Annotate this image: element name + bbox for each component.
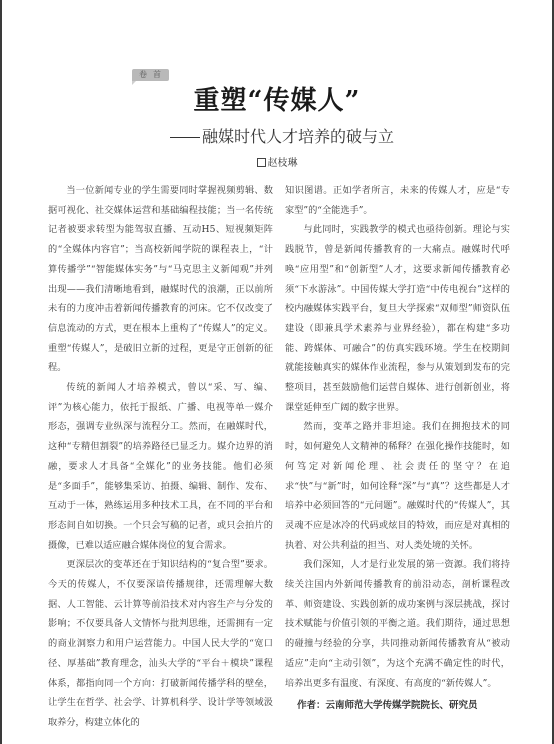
subtitle-text: 融媒时代人才培养的破与立	[202, 127, 394, 146]
paragraph: 当一位新闻专业的学生需要同时掌握视频剪辑、数据可视化、社交媒体运营和基础编程技能…	[48, 181, 273, 378]
paragraph: 然而，变革之路并非坦途。我们在拥抱技术的同时，如何避免人文精神的稀释？在强化操作…	[285, 417, 510, 555]
article-title: 重塑“传媒人”	[0, 84, 554, 118]
left-column: 当一位新闻专业的学生需要同时掌握视频剪辑、数据可视化、社交媒体运营和基础编程技能…	[48, 181, 273, 733]
author-line: 赵枝琳	[0, 157, 554, 171]
dash-icon	[170, 137, 200, 138]
paragraph: 我们深知，人才是行业发展的第一资源。我们将持续关注国内外新闻传播教育的前沿动态，…	[285, 555, 510, 693]
author-name: 赵枝琳	[268, 158, 298, 169]
paragraph: 与此同时，实践教学的模式也亟待创新。理论与实践脱节，曾是新闻传播教育的一大痛点。…	[285, 220, 510, 417]
right-column: 知识图谱。正如学者所言，未来的传媒人才，应是“专家型”的“全能选手”。 与此同时…	[285, 181, 510, 715]
square-icon	[257, 158, 266, 167]
section-tag: 卷首	[132, 69, 169, 81]
article-subtitle: 融媒时代人才培养的破与立	[170, 126, 394, 148]
paragraph: 更深层次的变革还在于知识结构的“复合型”要求。今天的传媒人，不仅要深谙传播规律，…	[48, 555, 273, 732]
author-byline: 作者：云南师范大学传媒学院院长、研究员	[285, 697, 510, 715]
paragraph: 传统的新闻人才培养模式，曾以“采、写、编、评”为核心能力，依托于报纸、广播、电视…	[48, 378, 273, 555]
paragraph-continued: 知识图谱。正如学者所言，未来的传媒人才，应是“专家型”的“全能选手”。	[285, 181, 510, 220]
